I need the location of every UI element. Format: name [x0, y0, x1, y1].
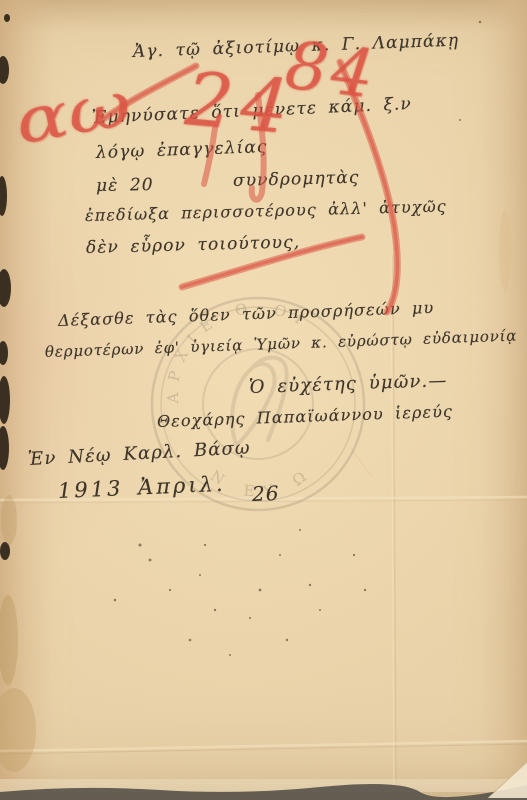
- scanned-letter-page: ΑΡΧΙΕ Θ ΟΙ Ν ΕΥ Ω: [0, 0, 527, 800]
- red-crayon-strokes: [105, 62, 397, 312]
- overlay-marks-layer: [0, 0, 527, 800]
- torn-bottom-edge: [0, 762, 527, 800]
